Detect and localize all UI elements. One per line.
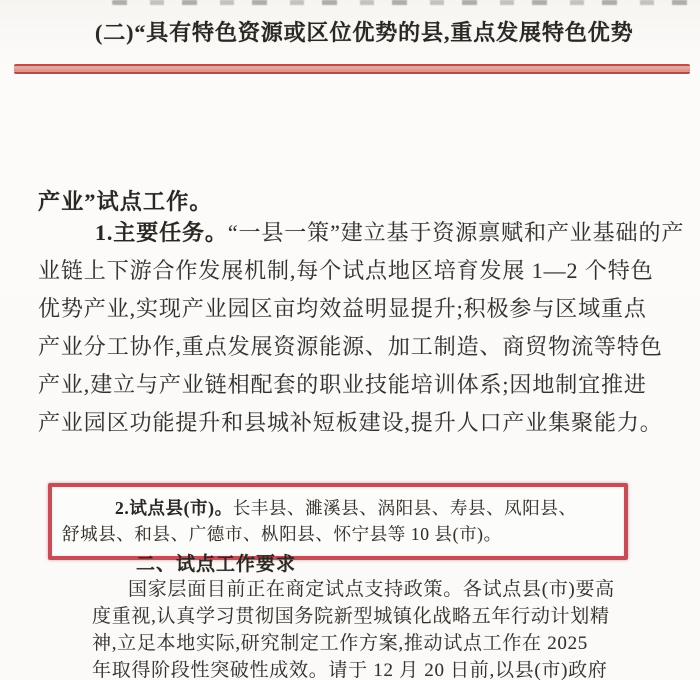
paragraph-line: 年取得阶段性突破性成效。请于 12 月 20 日前,以县(市)政府 <box>92 657 672 680</box>
document-page: (二)“具有特色资源或区位优势的县,重点发展特色优势 产业”试点工作。 1.主要… <box>0 0 700 680</box>
highlight-box-line-text: 长丰县、濉溪县、涡阳县、寿县、凤阳县、 <box>233 498 577 518</box>
highlight-box-line: 2.试点县(市)。长丰县、濉溪县、涡阳县、寿县、凤阳县、 <box>62 495 618 521</box>
paragraph-line: 1.主要任务。“一县一策”建立基于资源禀赋和产业基础的产 <box>38 214 670 252</box>
section-heading-line1: (二)“具有特色资源或区位优势的县,重点发展特色优势 <box>95 16 634 47</box>
pilot-counties-highlight-box: 2.试点县(市)。长丰县、濉溪县、涡阳县、寿县、凤阳县、 舒城县、和县、广德市、… <box>48 483 628 560</box>
highlight-box-line: 舒城县、和县、广德市、枞阳县、怀宁县等 10 县(市)。 <box>62 521 618 547</box>
paragraph-line-text: “一县一策”建立基于资源禀赋和产业基础的产 <box>228 220 684 245</box>
paragraph-line: 神,立足本地实际,研究制定工作方案,推动试点工作在 2025 <box>92 630 672 657</box>
section-heading-line2: 产业”试点工作。 <box>38 185 213 216</box>
clipped-previous-line-marks <box>112 0 690 5</box>
paragraph-line: 度重视,认真学习贯彻国务院新型城镇化战略五年行动计划精 <box>92 603 672 630</box>
paragraph-line: 业链上下游合作发展机制,每个试点地区培育发展 1—2 个特色 <box>38 252 670 290</box>
section2-heading: 二、试点工作要求 <box>136 549 296 576</box>
red-divider-rule <box>14 64 690 74</box>
requirements-paragraph: 国家层面目前正在商定试点支持政策。各试点县(市)要高 度重视,认真学习贯彻国务院… <box>92 576 672 680</box>
main-tasks-lead-bold: 1.主要任务。 <box>95 220 228 245</box>
paragraph-line: 优势产业,实现产业园区亩均效益明显提升;积极参与区域重点 <box>38 290 670 328</box>
pilot-counties-lead-bold: 2.试点县(市)。 <box>115 498 233 518</box>
paragraph-line: 产业分工协作,重点发展资源能源、加工制造、商贸物流等特色 <box>38 328 670 366</box>
paragraph-line: 产业园区功能提升和县城补短板建设,提升人口产业集聚能力。 <box>38 404 670 442</box>
paragraph-line: 产业,建立与产业链相配套的职业技能培训体系;因地制宜推进 <box>38 366 670 404</box>
paragraph-line: 国家层面目前正在商定试点支持政策。各试点县(市)要高 <box>92 576 672 603</box>
main-tasks-paragraph: 1.主要任务。“一县一策”建立基于资源禀赋和产业基础的产 业链上下游合作发展机制… <box>38 214 670 442</box>
